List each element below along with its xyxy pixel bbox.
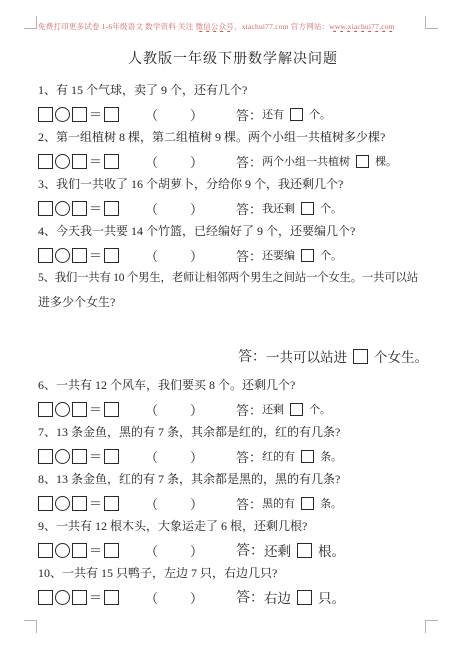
operand-box[interactable] — [38, 248, 53, 263]
equals-sign: ＝ — [89, 202, 102, 215]
unit-parens[interactable]: （） — [145, 199, 203, 218]
unit-parens[interactable]: （） — [145, 541, 203, 560]
answer-box[interactable] — [290, 108, 303, 121]
operator-circle[interactable] — [55, 402, 70, 417]
unit-parens[interactable]: （） — [145, 152, 203, 171]
equals-sign: ＝ — [89, 249, 102, 262]
page-title: 人教版一年级下册数学解决问题 — [38, 50, 428, 70]
operand-box[interactable] — [72, 590, 87, 605]
equation-blanks: ＝ — [38, 154, 119, 169]
answer-box[interactable] — [301, 497, 314, 510]
operator-circle[interactable] — [55, 496, 70, 511]
answer-label: 答： — [236, 400, 262, 419]
equals-sign: ＝ — [89, 403, 102, 416]
close-paren: ） — [190, 152, 203, 171]
operand-box[interactable] — [72, 543, 87, 558]
question-number: 4、 — [38, 224, 56, 238]
close-paren: ） — [190, 400, 203, 419]
operator-circle[interactable] — [55, 543, 70, 558]
operand-box[interactable] — [72, 449, 87, 464]
question-number: 7、 — [38, 425, 56, 439]
answer-label: 答： — [236, 199, 262, 218]
close-paren: ） — [190, 199, 203, 218]
answer-line: ＝ （） 答：两个小组一共植树棵。 — [38, 149, 428, 173]
question-block-3: 3、我们一共收了 16 个胡萝卜，分给你 9 个，我还剩几个? ＝ （） 答：我… — [38, 173, 428, 220]
answer-box[interactable] — [353, 349, 368, 364]
question-text: 9、一共有 12 根木头，大象运走了 6 根，还剩几根? — [38, 515, 428, 538]
operand-box[interactable] — [72, 496, 87, 511]
result-box[interactable] — [104, 154, 119, 169]
question-block-10: 10、一共有 15 只鸭子，左边 7 只，右边几只? ＝ （） 答：右边只。 — [38, 562, 428, 609]
close-paren: ） — [190, 588, 203, 607]
operator-circle[interactable] — [55, 449, 70, 464]
answer-line: ＝ （） 答：还剩个。 — [38, 397, 428, 421]
equation-blanks: ＝ — [38, 402, 119, 417]
question-text: 2、第一组植树 8 棵，第二组植树 9 棵。两个小组一共植树多少棵? — [38, 126, 428, 149]
result-box[interactable] — [104, 248, 119, 263]
operator-circle[interactable] — [55, 590, 70, 605]
operand-box[interactable] — [72, 201, 87, 216]
answer-sentence: 答：右边只。 — [236, 587, 345, 607]
operand-box[interactable] — [38, 449, 53, 464]
answer-line: ＝ （） 答：还有个。 — [38, 102, 428, 126]
answer-label: 答： — [236, 105, 262, 124]
question-text: 6、一共有 12 个风车，我们要买 8 个。还剩几个? — [38, 374, 428, 397]
answer-sentence: 答：黑的有条。 — [236, 494, 342, 513]
watermark-part3: ，xiachui77.com 官方网站： — [234, 22, 329, 31]
question-number: 5、 — [38, 272, 55, 284]
answer-sentence: 答：还要编个。 — [236, 246, 342, 265]
result-box[interactable] — [104, 543, 119, 558]
open-paren: （ — [145, 105, 158, 124]
answer-box[interactable] — [297, 590, 312, 605]
equation-blanks: ＝ — [38, 248, 119, 263]
answer-sentence: 答：两个小组一共植树棵。 — [236, 152, 397, 171]
answer-box[interactable] — [356, 155, 369, 168]
worksheet-page: 免费打印更多试卷 1-6年级语文 数学资料 关注 微信公众号，xiachui77… — [0, 0, 460, 659]
close-paren: ） — [190, 541, 203, 560]
open-paren: （ — [145, 152, 158, 171]
close-paren: ） — [190, 246, 203, 265]
answer-box[interactable] — [297, 543, 312, 558]
equation-blanks: ＝ — [38, 496, 119, 511]
answer-box[interactable] — [301, 450, 314, 463]
question-block-5: 5、我们一共有 10 个男生，老师让相邻两个男生之间站一个女生。一共可以站 进多… — [38, 267, 428, 368]
operand-box[interactable] — [38, 402, 53, 417]
operand-box[interactable] — [72, 154, 87, 169]
open-paren: （ — [145, 588, 158, 607]
answer-label: 答： — [236, 494, 262, 513]
text-boundary-mark-bottom-left — [24, 620, 37, 633]
watermark-part1: 免费打印更多试卷 1-6年级语文 数学资料 关注 — [38, 22, 196, 31]
answer-sentence: 答：我还剩个。 — [236, 199, 342, 218]
unit-parens[interactable]: （） — [145, 246, 203, 265]
watermark-wechat: 微信公众号 — [196, 22, 235, 31]
result-box[interactable] — [104, 107, 119, 122]
question-text: 1、有 15 个气球，卖了 9 个，还有几个? — [38, 79, 428, 102]
question-block-6: 6、一共有 12 个风车，我们要买 8 个。还剩几个? ＝ （） 答：还剩个。 — [38, 374, 428, 421]
question-block-9: 9、一共有 12 根木头，大象运走了 6 根，还剩几根? ＝ （） 答：还剩根。 — [38, 515, 428, 562]
equals-sign: ＝ — [89, 108, 102, 121]
question-text-line2: 进多少个女生? — [38, 290, 428, 315]
open-paren: （ — [145, 199, 158, 218]
result-box[interactable] — [104, 402, 119, 417]
answer-box[interactable] — [301, 202, 314, 215]
question-number: 8、 — [38, 472, 56, 486]
answer-label: 答： — [236, 540, 264, 560]
question-text: 4、今天我一共要 14 个竹篮，已经编好了 9 个，还要编几个? — [38, 220, 428, 243]
answer-label: 答： — [238, 346, 266, 366]
equation-blanks: ＝ — [38, 107, 119, 122]
equation-blanks: ＝ — [38, 590, 119, 605]
question-block-4: 4、今天我一共要 14 个竹篮，已经编好了 9 个，还要编几个? ＝ （） 答：… — [38, 220, 428, 267]
answer-line: ＝ （） 答：还要编个。 — [38, 243, 428, 267]
question-number: 10、 — [38, 566, 62, 580]
equals-sign: ＝ — [89, 155, 102, 168]
answer-label: 答： — [236, 246, 262, 265]
watermark-ad-text: 免费打印更多试卷 1-6年级语文 数学资料 关注 微信公众号，xiachui77… — [38, 21, 430, 32]
operand-box[interactable] — [38, 590, 53, 605]
text-boundary-mark-top-left — [24, 16, 37, 29]
operand-box[interactable] — [38, 543, 53, 558]
unit-parens[interactable]: （） — [145, 588, 203, 607]
close-paren: ） — [190, 494, 203, 513]
equation-blanks: ＝ — [38, 201, 119, 216]
worksheet-content: 人教版一年级下册数学解决问题 1、有 15 个气球，卖了 9 个，还有几个? ＝… — [38, 50, 428, 609]
open-paren: （ — [145, 400, 158, 419]
equation-blanks: ＝ — [38, 543, 119, 558]
answer-sentence: 答：还剩个。 — [236, 400, 331, 419]
question-number: 2、 — [38, 130, 56, 144]
close-paren: ） — [190, 447, 203, 466]
answer-line: ＝ （） 答：右边只。 — [38, 585, 428, 609]
operator-circle[interactable] — [55, 248, 70, 263]
question-text: 8、13 条金鱼，红的有 7 条，其余都是黑的，黑的有几条? — [38, 468, 428, 491]
answer-label: 答： — [236, 447, 262, 466]
question-number: 9、 — [38, 519, 56, 533]
operand-box[interactable] — [72, 248, 87, 263]
operand-box[interactable] — [38, 496, 53, 511]
equation-blanks: ＝ — [38, 449, 119, 464]
question-text: 7、13 条金鱼，黑的有 7 条，其余都是红的，红的有几条? — [38, 421, 428, 444]
answer-sentence: 答：还剩根。 — [236, 540, 345, 560]
operand-box[interactable] — [38, 107, 53, 122]
question-number: 6、 — [38, 378, 56, 392]
operand-box[interactable] — [72, 402, 87, 417]
unit-parens[interactable]: （） — [145, 447, 203, 466]
answer-line: ＝ （） 答：红的有条。 — [38, 444, 428, 468]
operator-circle[interactable] — [55, 154, 70, 169]
equals-sign: ＝ — [89, 544, 102, 557]
question-block-7: 7、13 条金鱼，黑的有 7 条，其余都是红的，红的有几条? ＝ （） 答：红的… — [38, 421, 428, 468]
unit-parens[interactable]: （） — [145, 105, 203, 124]
answer-line: ＝ （） 答：我还剩个。 — [38, 196, 428, 220]
unit-parens[interactable]: （） — [145, 400, 203, 419]
question-text: 3、我们一共收了 16 个胡萝卜，分给你 9 个，我还剩几个? — [38, 173, 428, 196]
result-box[interactable] — [104, 201, 119, 216]
question-text: 5、我们一共有 10 个男生，老师让相邻两个男生之间站一个女生。一共可以站 — [38, 267, 428, 290]
question-text: 10、一共有 15 只鸭子，左边 7 只，右边几只? — [38, 562, 428, 585]
open-paren: （ — [145, 541, 158, 560]
operand-box[interactable] — [72, 107, 87, 122]
question-block-8: 8、13 条金鱼，红的有 7 条，其余都是黑的，黑的有几条? ＝ （） 答：黑的… — [38, 468, 428, 515]
close-paren: ） — [190, 105, 203, 124]
equals-sign: ＝ — [89, 497, 102, 510]
operator-circle[interactable] — [55, 107, 70, 122]
question-block-2: 2、第一组植树 8 棵，第二组植树 9 棵。两个小组一共植树多少棵? ＝ （） … — [38, 126, 428, 173]
answer-line: 答：一共可以站进个女生。 — [38, 344, 428, 368]
question-number: 1、 — [38, 83, 56, 97]
text-boundary-mark-bottom-right — [425, 620, 438, 633]
open-paren: （ — [145, 494, 158, 513]
open-paren: （ — [145, 447, 158, 466]
result-box[interactable] — [104, 590, 119, 605]
equals-sign: ＝ — [89, 591, 102, 604]
answer-sentence: 答：还有个。 — [236, 105, 331, 124]
result-box[interactable] — [104, 449, 119, 464]
answer-sentence: 答：一共可以站进个女生。 — [238, 346, 428, 366]
watermark-url: www.xiachui77.com — [329, 22, 394, 31]
result-box[interactable] — [104, 496, 119, 511]
question-number: 3、 — [38, 177, 56, 191]
operator-circle[interactable] — [55, 201, 70, 216]
equals-sign: ＝ — [89, 450, 102, 463]
open-paren: （ — [145, 246, 158, 265]
unit-parens[interactable]: （） — [145, 494, 203, 513]
answer-label: 答： — [236, 152, 262, 171]
answer-box[interactable] — [290, 403, 303, 416]
answer-line: ＝ （） 答：还剩根。 — [38, 538, 428, 562]
answer-sentence: 答：红的有条。 — [236, 447, 342, 466]
answer-box[interactable] — [301, 249, 314, 262]
operand-box[interactable] — [38, 201, 53, 216]
answer-label: 答： — [236, 587, 264, 607]
answer-line: ＝ （） 答：黑的有条。 — [38, 491, 428, 515]
question-block-1: 1、有 15 个气球，卖了 9 个，还有几个? ＝ （） 答：还有个。 — [38, 79, 428, 126]
operand-box[interactable] — [38, 154, 53, 169]
